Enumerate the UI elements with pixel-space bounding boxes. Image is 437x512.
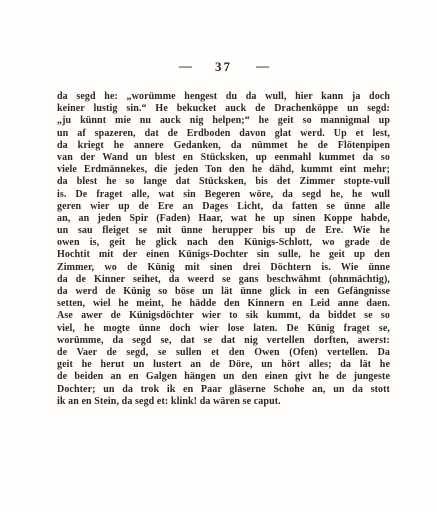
text-line: da kriegt he annere Gedanken, da nümmet …	[57, 140, 390, 152]
text-line: de beiden an en Galgen hängen un den ein…	[57, 371, 390, 383]
text-line: keiner lustig sin.“ He bekucket auck de …	[57, 103, 390, 115]
text-block: da segd he: „worümme hengest du da wull,…	[57, 91, 390, 408]
text-line: setten, wiel he meint, he hädde den Kinn…	[57, 298, 390, 310]
text-line: ik an en Stein, da segd et: klink! da wä…	[57, 396, 390, 408]
header-rule-left: —	[179, 58, 191, 74]
text-line: da de Kinner seihet, da weerd se gans be…	[57, 274, 390, 286]
header-rule-right: —	[256, 58, 268, 74]
text-line: Zimmer, wo de Künig mit sinen drei Döcht…	[57, 262, 390, 274]
text-line: „ju künnt mie nu auck nig helpen;“ he ge…	[57, 115, 390, 127]
text-line: un sau fleiget se mit ünne herupper bis …	[57, 225, 390, 237]
text-line: da segd he: „worümme hengest du da wull,…	[57, 91, 390, 103]
text-line: viele Erdmännekes, die jeden Ton den he …	[57, 164, 390, 176]
text-line: de Vaer de segd, se sullen et den Owen (…	[57, 347, 390, 359]
text-line: an, an jeden Spir (Faden) Haar, wat he u…	[57, 213, 390, 225]
page-header: — 37 —	[57, 59, 390, 75]
book-page: — 37 — da segd he: „worümme hengest du d…	[0, 0, 437, 512]
text-line: worümme, da segd se, dat se dat nig vert…	[57, 335, 390, 347]
text-line: geren wier up de Ere an Dages Licht, da …	[57, 201, 390, 213]
text-line: viel, he mogte ünne doch wier lose laten…	[57, 323, 390, 335]
page-number: 37	[215, 59, 232, 75]
text-line: Dochter; un da trok ik en Paar gläserne …	[57, 384, 390, 396]
text-line: un af spazeren, dat de Erdboden davon gl…	[57, 128, 390, 140]
text-line: Ase awer de Künigsdöchter wier to sik ku…	[57, 310, 390, 322]
text-line: da blest he so lange dat Stücksken, bis …	[57, 176, 390, 188]
text-line: geit he herut un lustert an de Döre, un …	[57, 359, 390, 371]
text-line: van der Wand un blest en Stücksken, up e…	[57, 152, 390, 164]
text-line: is. De fraget alle, wat sin Begeren wöre…	[57, 189, 390, 201]
text-line: Hochtit mit der einen Künigs-Dochter sin…	[57, 249, 390, 261]
text-line: owen is, geit he glick nach den Künigs-S…	[57, 237, 390, 249]
text-line: da werd de Künig so böse un lät ünne gli…	[57, 286, 390, 298]
